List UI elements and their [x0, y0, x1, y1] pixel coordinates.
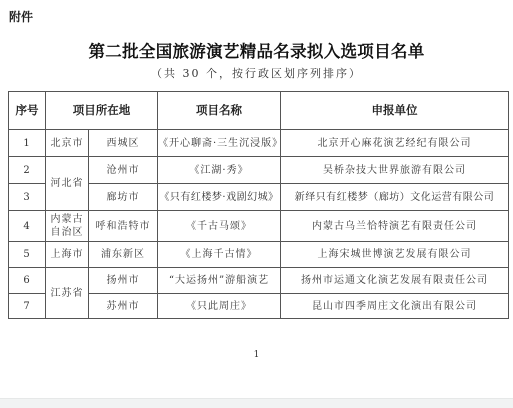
row-project: 《上海千古情》	[158, 242, 281, 268]
header-applicant: 申报单位	[281, 92, 509, 130]
row-project: 《千古马颂》	[158, 211, 281, 242]
row-index: 5	[9, 242, 46, 268]
row-province-merged: 江苏省	[46, 268, 89, 319]
row-city: 廊坊市	[89, 184, 158, 211]
header-location: 项目所在地	[46, 92, 158, 130]
project-list-table: 序号 项目所在地 项目名称 申报单位 1 北京市 西城区 《开心聊斋·三生沉浸版…	[8, 91, 509, 319]
row-province: 北京市	[46, 130, 89, 157]
header-index: 序号	[9, 92, 46, 130]
row-project: 《只有红楼梦·戏剧幻城》	[158, 184, 281, 211]
table-row: 1 北京市 西城区 《开心聊斋·三生沉浸版》 北京开心麻花演艺经纪有限公司	[9, 130, 509, 157]
row-project: 《江湖·秀》	[158, 157, 281, 184]
row-city: 西城区	[89, 130, 158, 157]
row-index: 2	[9, 157, 46, 184]
page-number: 1	[0, 350, 513, 360]
row-project: 《开心聊斋·三生沉浸版》	[158, 130, 281, 157]
row-applicant: 吴桥杂技大世界旅游有限公司	[281, 157, 509, 184]
row-index: 3	[9, 184, 46, 211]
row-index: 7	[9, 294, 46, 319]
row-province-merged: 河北省	[46, 157, 89, 211]
attachment-label: 附件	[9, 8, 33, 25]
row-province-two-line: 内蒙古 自治区	[46, 211, 89, 242]
row-province: 上海市	[46, 242, 89, 268]
row-city: 扬州市	[89, 268, 158, 294]
row-city: 沧州市	[89, 157, 158, 184]
table-row: 6 江苏省 扬州市 “大运扬州”游船演艺 扬州市运通文化演艺发展有限责任公司	[9, 268, 509, 294]
row-applicant: 昆山市四季周庄文化演出有限公司	[281, 294, 509, 319]
table-row: 4 内蒙古 自治区 呼和浩特市 《千古马颂》 内蒙古乌兰恰特演艺有限责任公司	[9, 211, 509, 242]
page-bottom-edge	[0, 398, 513, 408]
row-project: 《只此周庄》	[158, 294, 281, 319]
row-applicant: 扬州市运通文化演艺发展有限责任公司	[281, 268, 509, 294]
province-line-2: 自治区	[46, 226, 88, 239]
row-applicant: 上海宋城世博演艺发展有限公司	[281, 242, 509, 268]
row-applicant: 新绎只有红楼梦（廊坊）文化运营有限公司	[281, 184, 509, 211]
document-title: 第二批全国旅游演艺精品名录拟入选项目名单	[0, 38, 513, 62]
row-project: “大运扬州”游船演艺	[158, 268, 281, 294]
row-city: 苏州市	[89, 294, 158, 319]
table-row: 2 河北省 沧州市 《江湖·秀》 吴桥杂技大世界旅游有限公司	[9, 157, 509, 184]
row-index: 4	[9, 211, 46, 242]
table-header-row: 序号 项目所在地 项目名称 申报单位	[9, 92, 509, 130]
province-line-1: 内蒙古	[46, 213, 88, 226]
header-project: 项目名称	[158, 92, 281, 130]
row-city: 浦东新区	[89, 242, 158, 268]
row-applicant: 北京开心麻花演艺经纪有限公司	[281, 130, 509, 157]
row-index: 6	[9, 268, 46, 294]
row-index: 1	[9, 130, 46, 157]
row-city: 呼和浩特市	[89, 211, 158, 242]
row-applicant: 内蒙古乌兰恰特演艺有限责任公司	[281, 211, 509, 242]
document-subtitle: （共 30 个，按行政区划序列排序）	[0, 65, 513, 81]
table-row: 5 上海市 浦东新区 《上海千古情》 上海宋城世博演艺发展有限公司	[9, 242, 509, 268]
